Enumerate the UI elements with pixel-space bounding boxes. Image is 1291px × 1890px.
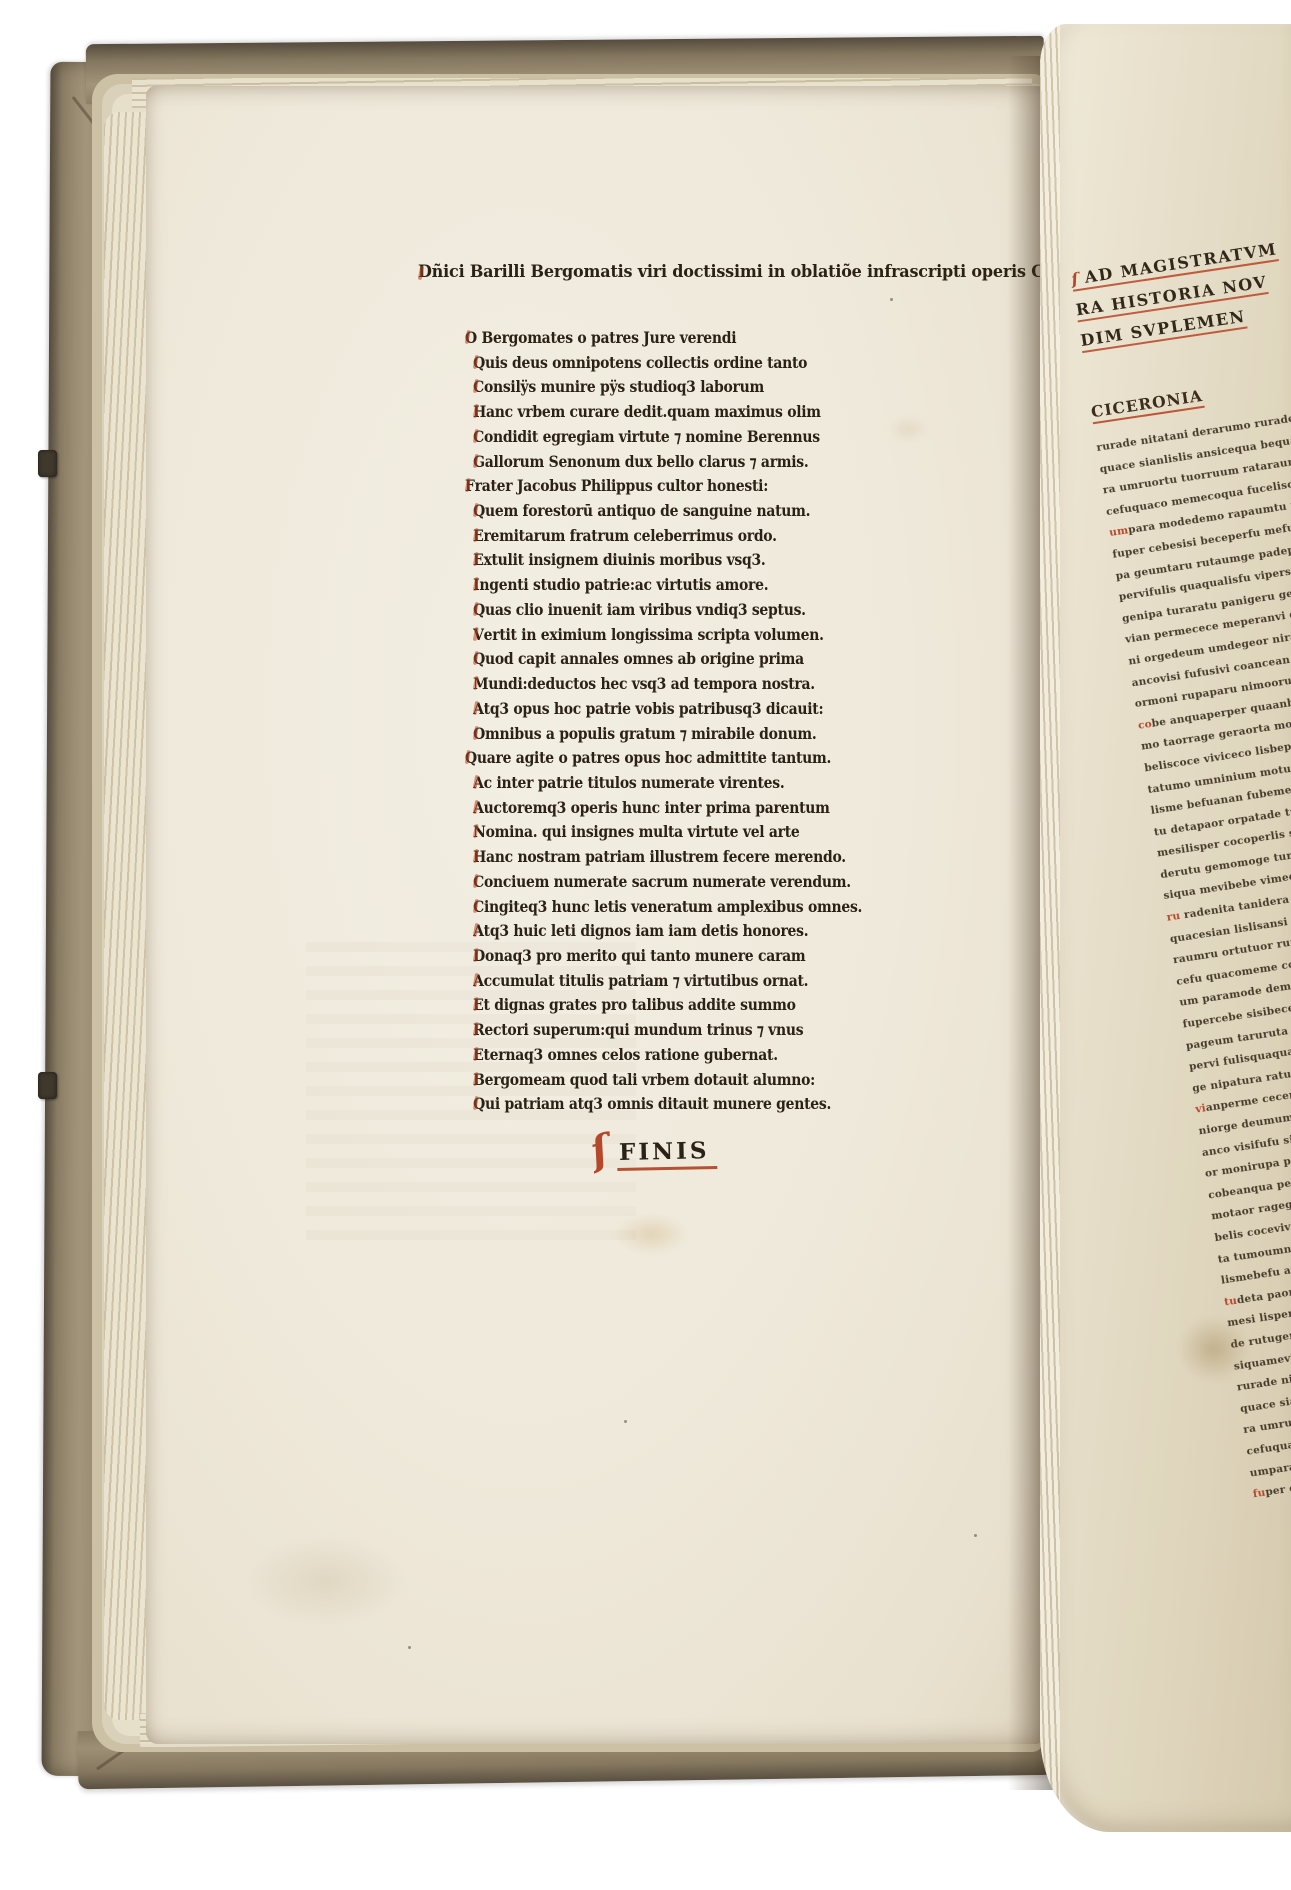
poem-line-text: allorum Senonum dux bello clarus ⁊ armis… — [485, 452, 809, 471]
poem-line-text: undi:deductos hec vsq3 ad tempora nostra… — [488, 674, 815, 693]
rubricated-initial: C — [473, 375, 484, 400]
carmen-heading: Dñici Barilli Bergomatis viri doctissimi… — [418, 262, 1106, 281]
rubric-touch: tu — [1223, 1294, 1238, 1308]
rubricated-initial: O — [465, 326, 477, 351]
heading-text: ñici Barilli Bergomatis viri doctissimi … — [432, 262, 1106, 281]
poem-line-text: remitarum fratrum celeberrimus ordo. — [483, 526, 776, 545]
clasp-remnant — [38, 450, 57, 477]
poem-line: Hanc vrbem curare dedit.quam maximus oli… — [465, 400, 862, 425]
poem-line-text: ccumulat titulis patriam ⁊ virtutibus or… — [484, 971, 809, 990]
poem-line: Auctoremq3 operis hunc inter prima paren… — [465, 796, 862, 821]
poem-line: Cingiteq3 hunc letis veneratum amplexibu… — [465, 895, 862, 920]
stain — [246, 1536, 406, 1626]
rubricated-initial: Q — [465, 746, 477, 771]
poem-line: Extulit insignem diuinis moribus vsq3. — [465, 548, 862, 573]
poem-line: Atq3 opus hoc patrie vobis patribusq3 di… — [465, 697, 862, 722]
poem-line: Nomina. qui insignes multa virtute vel a… — [465, 820, 862, 845]
rubricated-initial: F — [465, 474, 475, 499]
poem-line-text: ergomeam quod tali vrbem dotauit alumno: — [485, 1070, 815, 1089]
rubricated-initial: E — [473, 548, 483, 573]
speck — [890, 298, 893, 301]
rubricated-initial: Q — [473, 499, 485, 524]
rubric-touch: co — [1137, 718, 1152, 732]
poem-line: Eremitarum fratrum celeberrimus ordo. — [465, 524, 862, 549]
poem-line: Frater Jacobus Philippus cultor honesti: — [465, 474, 862, 499]
rubricated-initial: G — [473, 450, 485, 475]
poem-line-text: uem forestorū antiquo de sanguine natum. — [485, 501, 810, 520]
poem-line-text: ondidit egregiam virtute ⁊ nomine Berenn… — [484, 427, 820, 446]
rubricated-initial: D — [418, 262, 432, 281]
poem-line-text: t dignas grates pro talibus addite summo — [483, 995, 795, 1014]
poem-line: Vertit in eximium longissima scripta vol… — [465, 623, 862, 648]
poem-line: Et dignas grates pro talibus addite summ… — [465, 993, 862, 1018]
book-photo: Dñici Barilli Bergomatis viri doctissimi… — [0, 0, 1291, 1890]
poem-line-text: xtulit insignem diuinis moribus vsq3. — [483, 550, 765, 569]
facing-page-fore-edge — [1040, 24, 1060, 1832]
rubricated-initial: N — [473, 820, 485, 845]
rubricated-initial: B — [473, 1068, 485, 1093]
rubricated-initial: A — [473, 969, 484, 994]
rubricated-initial: A — [473, 919, 484, 944]
rubricated-initial: H — [473, 845, 486, 870]
rubricated-initial: A — [473, 697, 484, 722]
poem-line: Hanc nostram patriam illustrem fecere me… — [465, 845, 862, 870]
rubricated-initial: A — [473, 771, 484, 796]
poem-line: Atq3 huic leti dignos iam iam detis hono… — [465, 919, 862, 944]
poem-line: Conciuem numerate sacrum numerate verend… — [465, 870, 862, 895]
speck — [408, 1646, 411, 1649]
poem-line-text: ngenti studio patrie:ac virtutis amore. — [479, 575, 768, 594]
rubricated-initial: V — [473, 623, 484, 648]
poem-line: Bergomeam quod tali vrbem dotauit alumno… — [465, 1068, 862, 1093]
poem-line: Condidit egregiam virtute ⁊ nomine Beren… — [465, 425, 862, 450]
poem-line: Accumulat titulis patriam ⁊ virtutibus o… — [465, 969, 862, 994]
poem-line-text: tq3 opus hoc patrie vobis patribusq3 dic… — [484, 699, 824, 718]
poem-line: Ac inter patrie titulos numerate virente… — [465, 771, 862, 796]
poem-line-text: onciuem numerate sacrum numerate verendu… — [484, 872, 851, 891]
poem-line: Quod capit annales omnes ab origine prim… — [465, 647, 862, 672]
rubricated-initial: Q — [473, 351, 485, 376]
rubricated-initial: I — [473, 573, 479, 598]
rubric-touch: um — [1108, 525, 1129, 540]
rubricated-initial: O — [473, 722, 485, 747]
poem-line: Qui patriam atq3 omnis ditauit munere ge… — [465, 1092, 862, 1117]
rubric-touch: fu — [1252, 1487, 1266, 1501]
rubricated-initial: E — [473, 993, 483, 1018]
poem-line-text: onsilÿs munire pÿs studioq3 laborum — [484, 377, 764, 396]
poem-line-text: uare agite o patres opus hoc admittite t… — [477, 748, 831, 767]
rubricated-initial: H — [473, 400, 486, 425]
rubricated-initial: E — [473, 524, 483, 549]
poem-line: Donaq3 pro merito qui tanto munere caram — [465, 944, 862, 969]
poem-line-text: anc nostram patriam illustrem fecere mer… — [486, 847, 846, 866]
poem-line: O Bergomates o patres Jure verendi — [465, 326, 862, 351]
poem-line-text: ertit in eximium longissima scripta volu… — [484, 625, 824, 644]
poem-line-text: uctoremq3 operis hunc inter prima parent… — [484, 798, 830, 817]
poem: O Bergomates o patres Jure verendiQuis d… — [465, 326, 862, 1117]
rubricated-initial: C — [473, 870, 484, 895]
facing-page-content: AD MAGISTRATVMRA HISTORIA NOVDIM SVPLEME… — [1070, 206, 1291, 1506]
poem-line-text: mnibus a populis gratum ⁊ mirabile donum… — [485, 724, 817, 743]
rubricated-initial: R — [473, 1018, 484, 1043]
poem-line: Quas clio inuenit iam viribus vndiq3 sep… — [465, 598, 862, 623]
poem-line: Eternaq3 omnes celos ratione gubernat. — [465, 1043, 862, 1068]
poem-line-text: uod capit annales omnes ab origine prima — [485, 649, 804, 668]
poem-line-text: omina. qui insignes multa virtute vel ar… — [486, 822, 800, 841]
poem-line-text: c inter patrie titulos numerate virentes… — [484, 773, 785, 792]
rubricated-initial: C — [473, 895, 484, 920]
facing-page-heading: AD MAGISTRATVMRA HISTORIA NOVDIM SVPLEME… — [1070, 206, 1291, 353]
poem-line: Rectori superum:qui mundum trinus ⁊ vnus — [465, 1018, 862, 1043]
poem-line-text: onaq3 pro merito qui tanto munere caram — [485, 946, 805, 965]
poem-line-text: anc vrbem curare dedit.quam maximus olim — [486, 402, 821, 421]
main-page: Dñici Barilli Bergomatis viri doctissimi… — [146, 86, 1042, 1744]
poem-line: Ingenti studio patrie:ac virtutis amore. — [465, 573, 862, 598]
poem-line-text: ingiteq3 hunc letis veneratum amplexibus… — [484, 897, 862, 916]
stain — [888, 416, 928, 442]
rubricated-initial: Q — [473, 598, 485, 623]
rubricated-initial: D — [473, 944, 485, 969]
finis-label: FINIS — [617, 1137, 718, 1171]
poem-line-text: ectori superum:qui mundum trinus ⁊ vnus — [484, 1020, 803, 1039]
rubricated-initial: Q — [473, 647, 485, 672]
poem-line-text: ternaq3 omnes celos ratione gubernat. — [483, 1045, 777, 1064]
poem-line: Omnibus a populis gratum ⁊ mirabile donu… — [465, 722, 862, 747]
rubricated-initial: A — [473, 796, 484, 821]
rubric-touch: ru — [1166, 910, 1181, 924]
poem-line: Mundi:deductos hec vsq3 ad tempora nostr… — [465, 672, 862, 697]
poem-line-text: tq3 huic leti dignos iam iam detis honor… — [484, 921, 809, 940]
speck — [624, 1420, 627, 1423]
facing-page-incipit: CICERONIA — [1090, 386, 1205, 424]
poem-line: Quem forestorū antiquo de sanguine natum… — [465, 499, 862, 524]
clasp-remnant — [38, 1072, 57, 1099]
stain — [614, 1214, 688, 1254]
finis: ſFINIS — [591, 1122, 718, 1170]
facing-page: AD MAGISTRATVMRA HISTORIA NOVDIM SVPLEME… — [1040, 24, 1291, 1832]
poem-line: Consilÿs munire pÿs studioq3 laborum — [465, 375, 862, 400]
poem-line-text: Bergomates o patres Jure verendi — [477, 328, 736, 347]
rubricated-initial: C — [473, 425, 484, 450]
poem-line: Quare agite o patres opus hoc admittite … — [465, 746, 862, 771]
rubricated-initial: Q — [473, 1092, 485, 1117]
poem-line-text: uis deus omnipotens collectis ordine tan… — [485, 353, 807, 372]
rubric-touch: vi — [1195, 1103, 1207, 1116]
rubricated-initial: M — [473, 672, 488, 697]
poem-line: Gallorum Senonum dux bello clarus ⁊ armi… — [465, 450, 862, 475]
poem-line: Quis deus omnipotens collectis ordine ta… — [465, 351, 862, 376]
speck — [974, 1534, 977, 1537]
poem-line-text: uas clio inuenit iam viribus vndiq3 sept… — [485, 600, 806, 619]
leaf-edges-left — [104, 112, 146, 1720]
rubricated-initial: E — [473, 1043, 483, 1068]
poem-line-text: rater Jacobus Philippus cultor honesti: — [475, 476, 768, 495]
poem-line-text: ui patriam atq3 omnis ditauit munere gen… — [485, 1094, 831, 1113]
stain — [1178, 1316, 1250, 1382]
